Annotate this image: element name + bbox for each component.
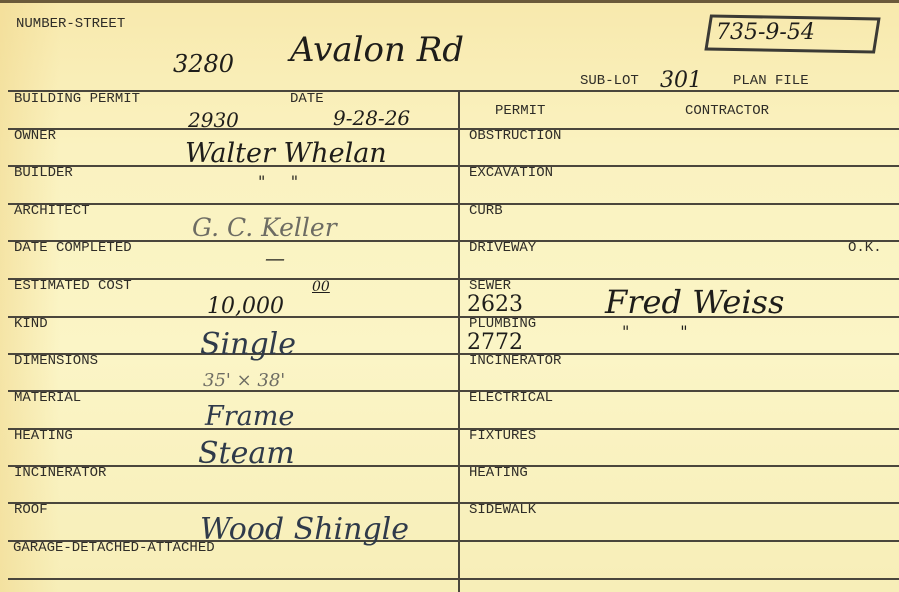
ruled-line (8, 353, 899, 355)
owner-label: OWNER (14, 129, 56, 143)
architect-label: ARCHITECT (14, 204, 90, 218)
ruled-line (8, 390, 899, 392)
material-label: MATERIAL (14, 391, 81, 405)
incinerator-permit-label: INCINERATOR (469, 354, 561, 368)
ruled-line (8, 240, 899, 242)
date-completed-label: DATE COMPLETED (14, 241, 132, 255)
sidewalk-label: SIDEWALK (469, 503, 536, 517)
address-number: 3280 (173, 50, 234, 78)
sewer-contractor: Fred Weiss (605, 283, 784, 321)
ruled-line (8, 278, 899, 280)
file-tag: 735-9-54 (716, 20, 815, 45)
ruled-line (8, 465, 899, 467)
plumbing-label: PLUMBING (469, 317, 536, 331)
driveway-status: O.K. (848, 241, 882, 255)
roof-label: ROOF (14, 503, 48, 517)
material-value: Frame (205, 401, 294, 432)
building-permit-value: 2930 (188, 108, 239, 132)
date-value: 9-28-26 (333, 106, 410, 130)
dimensions-label: DIMENSIONS (14, 354, 98, 368)
card-top-edge (0, 0, 899, 3)
ruled-line (8, 428, 899, 430)
kind-label: KIND (14, 317, 48, 331)
number-street-label: NUMBER-STREET (16, 17, 125, 31)
permit-card: NUMBER-STREET 3280 Avalon Rd 735-9-54 SU… (0, 0, 899, 592)
estimated-cost-value: 10,000 (207, 294, 284, 319)
contractor-header: CONTRACTOR (685, 104, 769, 118)
ruled-line (8, 128, 899, 130)
driveway-label: DRIVEWAY (469, 241, 536, 255)
heating-label: HEATING (14, 429, 73, 443)
address-street: Avalon Rd (290, 30, 464, 70)
fixtures-label: FIXTURES (469, 429, 536, 443)
owner-value: Walter Whelan (185, 138, 387, 169)
date-label: DATE (290, 92, 324, 106)
ruled-line (8, 165, 899, 167)
sewer-number: 2623 (467, 292, 523, 317)
electrical-label: ELECTRICAL (469, 391, 553, 405)
builder-value: " " (258, 172, 298, 191)
builder-label: BUILDER (14, 166, 73, 180)
estimated-cost-label: ESTIMATED COST (14, 279, 132, 293)
heating-permit-label: HEATING (469, 466, 528, 480)
sublot-label: SUB-LOT (580, 74, 639, 88)
plumbing-contractor: " " (622, 322, 688, 341)
dimensions-value: 35' × 38' (203, 370, 285, 391)
excavation-label: EXCAVATION (469, 166, 553, 180)
kind-value: Single (200, 327, 296, 362)
divider (8, 90, 899, 92)
curb-label: CURB (469, 204, 503, 218)
obstruction-label: OBSTRUCTION (469, 129, 561, 143)
building-permit-label: BUILDING PERMIT (14, 92, 140, 106)
estimated-cost-cents: 00 (312, 279, 330, 295)
plumbing-number: 2772 (467, 330, 523, 355)
garage-label: GARAGE-DETACHED-ATTACHED (13, 541, 215, 555)
heating-value: Steam (198, 436, 295, 471)
ruled-line (8, 578, 899, 580)
incinerator-label: INCINERATOR (14, 466, 106, 480)
date-completed-value: — (265, 246, 285, 270)
permit-header: PERMIT (495, 104, 545, 118)
plan-file-label: PLAN FILE (733, 74, 809, 88)
sewer-label: SEWER (469, 279, 511, 293)
ruled-line (8, 203, 899, 205)
roof-value: Wood Shingle (200, 512, 409, 547)
ruled-line (8, 502, 899, 504)
architect-value: G. C. Keller (192, 213, 337, 242)
